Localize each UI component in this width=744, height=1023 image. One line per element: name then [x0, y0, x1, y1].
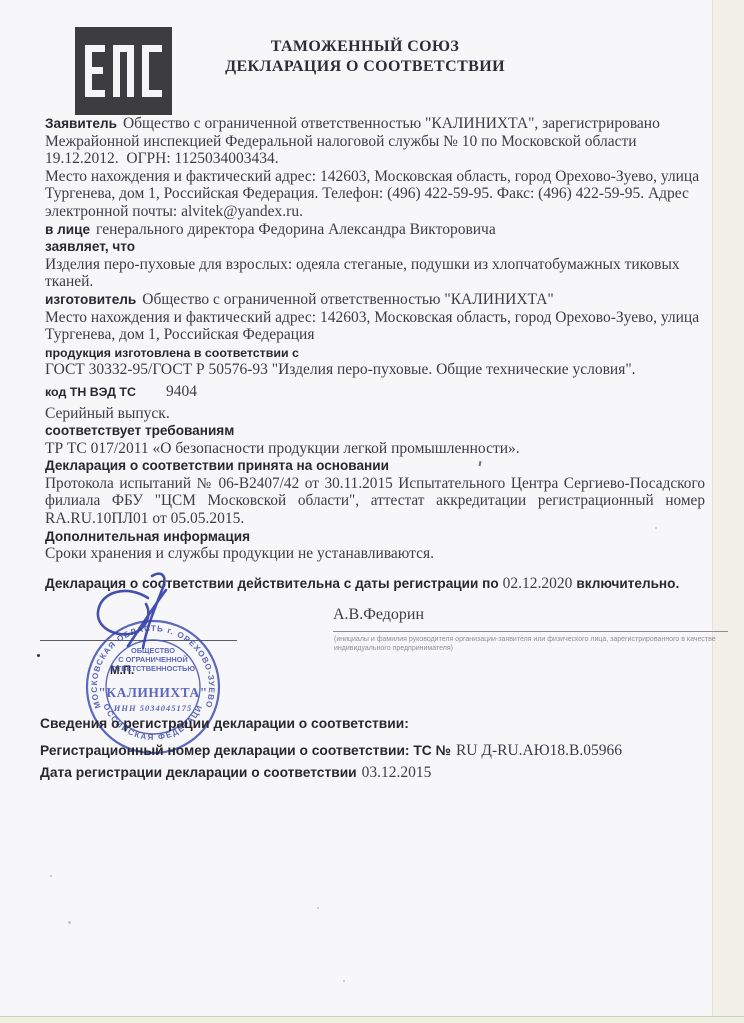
title-line2: ДЕКЛАРАЦИЯ О СООТВЕТСТВИИ — [45, 57, 685, 77]
applicant-line: Межрайонной инспекцией Федеральной налог… — [45, 133, 705, 151]
head-name-underline — [333, 631, 728, 632]
scan-speck — [343, 980, 345, 982]
signature-icon — [88, 568, 188, 653]
tr-line: ТР ТС 017/2011 «О безопасности продукции… — [45, 440, 705, 458]
tnved-label: код ТН ВЭД ТС — [45, 385, 136, 399]
address-line: Тургенева, дом 1, Российская Федерация. … — [45, 185, 705, 203]
tnved-code: 9404 — [166, 383, 197, 400]
complies-label: соответствует требованиям — [45, 423, 234, 438]
registration-number-label: Регистрационный номер декларации о соотв… — [40, 743, 451, 758]
scan-edge-right — [712, 0, 744, 1023]
registration-number-line: Регистрационный номер декларации о соотв… — [40, 742, 622, 760]
scan-speck — [50, 875, 52, 877]
in-person-text: генерального директора Федорина Александ… — [96, 221, 496, 238]
manufacturer-label: изготовитель — [45, 292, 136, 307]
production-label: продукция изготовлена в соответствии с — [45, 346, 299, 360]
stamp-org-name: "КАЛИНИХТА" — [98, 685, 207, 700]
stamp-org-type-line: ОТВЕТСТВЕННОСТЬЮ — [111, 664, 195, 673]
scan-edge-bottom — [0, 1016, 744, 1023]
scan-speck — [317, 907, 319, 909]
basis-label-line: Декларация о соответствии принята на осн… — [45, 457, 705, 475]
gost-line: ГОСТ 30332-95/ГОСТ Р 50576-93 "Изделия п… — [45, 361, 705, 379]
document-title: ТАМОЖЕННЫЙ СОЮЗ ДЕКЛАРАЦИЯ О СООТВЕТСТВИ… — [45, 37, 685, 77]
registration-date-value: 03.12.2015 — [362, 764, 432, 781]
declaration-document: ТАМОЖЕННЫЙ СОЮЗ ДЕКЛАРАЦИЯ О СООТВЕТСТВИ… — [0, 0, 744, 1023]
additional-text-line: Сроки хранения и службы продукции не уст… — [45, 545, 705, 563]
in-person-line: в лицегенерального директора Федорина Ал… — [45, 221, 705, 239]
validity-suffix: включительно. — [576, 576, 679, 591]
product-line: Изделия перо-пуховые для взрослых: одеял… — [45, 256, 705, 274]
head-name-caption: (инициалы и фамилия руководителя организ… — [334, 635, 730, 653]
stamp-org-type-line: С ОГРАНИЧЕННОЙ — [118, 655, 187, 664]
additional-label: Дополнительная информация — [45, 529, 250, 544]
product-line: тканей. — [45, 273, 705, 291]
applicant-line: ЗаявительОбщество с ограниченной ответст… — [45, 115, 705, 133]
declares-label: заявляет, что — [45, 239, 135, 254]
manufacturer-line: изготовительОбщество с ограниченной отве… — [45, 291, 705, 309]
additional-label-line: Дополнительная информация — [45, 528, 705, 546]
production-line: продукция изготовлена в соответствии с — [45, 344, 705, 362]
in-person-label: в лице — [45, 222, 90, 237]
registration-date-line: Дата регистрации декларации о соответств… — [40, 764, 431, 782]
registration-section-label: Сведения о регистрации декларации о соот… — [40, 716, 409, 731]
manufacturer-text: Общество с ограниченной ответственностью… — [142, 291, 553, 308]
document-body: ЗаявительОбщество с ограниченной ответст… — [45, 115, 705, 592]
manufacturer-address-line: Место нахождения и фактический адрес: 14… — [45, 309, 705, 327]
registration-date-label: Дата регистрации декларации о соответств… — [40, 765, 357, 780]
stamp-inn: ИНН 5034045175 — [113, 703, 192, 713]
title-line1: ТАМОЖЕННЫЙ СОЮЗ — [45, 37, 685, 57]
validity-date: 02.12.2020 — [503, 575, 573, 592]
scan-speck — [68, 921, 71, 924]
ink-dot — [37, 654, 40, 657]
head-name: А.В.Федорин — [333, 606, 424, 624]
registration-number-value: RU Д-RU.АЮ18.В.05966 — [456, 742, 622, 759]
applicant-text: Общество с ограниченной ответственностью… — [123, 115, 660, 132]
address-line: электронной почты: alvitek@yandex.ru. — [45, 203, 705, 221]
applicant-label: Заявитель — [45, 116, 117, 131]
basis-line: Протокола испытаний № 06-В2407/42 от 30.… — [45, 475, 705, 493]
tnved-line: код ТН ВЭД ТС9404 — [45, 383, 705, 401]
handwritten-signature — [88, 568, 188, 653]
manufacturer-address-line: Тургенева, дом 1, Российская Федерация — [45, 326, 705, 344]
scan-speck — [655, 527, 657, 529]
address-line: Место нахождения и фактический адрес: 14… — [45, 168, 705, 186]
applicant-line: 19.12.2012. ОГРН: 1125034003434. — [45, 150, 705, 168]
basis-line: RA.RU.10ПЛ01 от 05.05.2015. — [45, 510, 705, 528]
declares-line: заявляет, что — [45, 238, 705, 256]
basis-label: Декларация о соответствии принята на осн… — [45, 458, 389, 473]
complies-line: соответствует требованиям — [45, 422, 705, 440]
serial-line: Серийный выпуск. — [45, 405, 705, 423]
basis-line: филиала ФБУ "ЦСМ Московской области", ат… — [45, 492, 705, 510]
